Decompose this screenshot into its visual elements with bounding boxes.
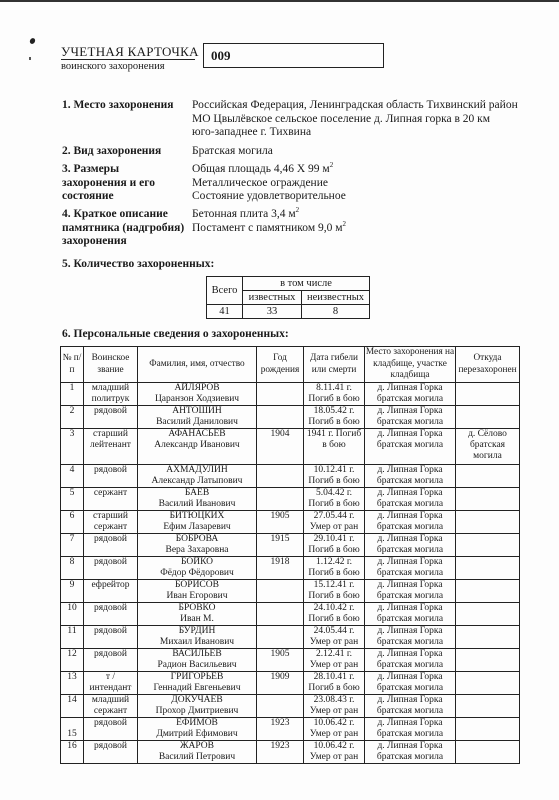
count-table: Всего в том числе известных неизвестных … bbox=[206, 276, 370, 319]
cell-rank: рядовой bbox=[84, 718, 138, 741]
death-date: 2.12.41 г. bbox=[304, 649, 364, 660]
given-name: Радион Васильевич bbox=[138, 660, 256, 671]
cell-burial-place: д. Липная Горкабратская могила bbox=[365, 557, 456, 580]
cell-burial-place: д. Липная Горкабратская могила bbox=[365, 465, 456, 488]
burial-village: д. Липная Горка bbox=[365, 718, 455, 729]
burial-village: д. Липная Горка bbox=[365, 672, 455, 683]
cell-burial-place: д. Липная Горкабратская могила bbox=[365, 741, 456, 764]
col-header-burial-place: Место захоронения на кладбище, участке к… bbox=[365, 347, 456, 383]
count-known-header: известных bbox=[243, 291, 302, 305]
cell-birth-year bbox=[257, 626, 304, 649]
cell-burial-place: д. Липная Горкабратская могила bbox=[365, 534, 456, 557]
cell-rank: ефрейтор bbox=[84, 580, 138, 603]
surname: ВАСИЛЬЕВ bbox=[138, 649, 256, 660]
cell-fullname: ЕФИМОВДмитрий Ефимович bbox=[138, 718, 257, 741]
cell-reburied-from bbox=[456, 741, 520, 764]
cell-birth-year: 1923 bbox=[257, 741, 304, 764]
surname: БОРИСОВ bbox=[138, 580, 256, 591]
cell-reburied-from bbox=[456, 488, 520, 511]
cell-birth-year: 1909 bbox=[257, 672, 304, 695]
row-number: 2 bbox=[70, 406, 75, 416]
birth-year: 1909 bbox=[271, 672, 290, 682]
cell-number: 7 bbox=[61, 534, 84, 557]
given-name: Дмитрий Ефимович bbox=[138, 729, 256, 740]
table-row: 8рядовойБОЙКОФёдор Фёдорович19181.12.42 … bbox=[61, 557, 520, 580]
table-row: 2рядовойАНТОШИНВасилий Данилович18.05.42… bbox=[61, 406, 520, 429]
section-persons-label: 6. Персональные сведения о захороненных: bbox=[62, 328, 289, 340]
row-number: 11 bbox=[67, 626, 76, 636]
cell-burial-place: д. Липная Горкабратская могила bbox=[365, 406, 456, 429]
death-date: 10.06.42 г. bbox=[304, 718, 364, 729]
cell-death: 10.06.42 г.Умер от ран bbox=[304, 718, 365, 741]
death-cause: Погиб в бою bbox=[304, 683, 364, 694]
cell-reburied-from bbox=[456, 626, 520, 649]
table-row: 11рядовойБУРДИНМихаил Иванович24.05.44 г… bbox=[61, 626, 520, 649]
burial-grave: братская могила bbox=[365, 417, 455, 428]
given-name: Иван Егорович bbox=[138, 591, 256, 602]
given-name: Вера Захаровна bbox=[138, 545, 256, 556]
cell-death: 23.08.43 г.Умер от ран bbox=[304, 695, 365, 718]
place-line: Российская Федерация, Ленинградская обла… bbox=[192, 99, 522, 113]
cell-death: 1941 г. Погибв бою bbox=[304, 429, 365, 465]
cell-reburied-from bbox=[456, 672, 520, 695]
surname: БАЕВ bbox=[138, 488, 256, 499]
cell-burial-place: д. Липная Горкабратская могила bbox=[365, 383, 456, 406]
table-row: 15рядовойЕФИМОВДмитрий Ефимович192310.06… bbox=[61, 718, 520, 741]
cell-death: 27.05.44 г.Умер от ран bbox=[304, 511, 365, 534]
row-number: 1 bbox=[70, 383, 75, 393]
death-cause: Погиб в бою bbox=[304, 568, 364, 579]
cell-fullname: БОРИСОВИван Егорович bbox=[138, 580, 257, 603]
cell-number: 5 bbox=[61, 488, 84, 511]
cell-rank: т / интендант bbox=[84, 672, 138, 695]
area-line: Общая площадь 4,46 Х 99 м2 bbox=[192, 163, 522, 177]
given-name: Александр Иванович bbox=[138, 440, 256, 451]
cell-burial-place: д. Липная Горкабратская могила bbox=[365, 488, 456, 511]
place-line: юго-западнее г. Тихвина bbox=[192, 126, 522, 140]
row-number: 10 bbox=[67, 603, 77, 613]
cell-death: 24.05.44 г.Умер от ран bbox=[304, 626, 365, 649]
col-header-rank: Воинское звание bbox=[84, 347, 138, 383]
cell-fullname: БАЕВВасилий Иванович bbox=[138, 488, 257, 511]
cell-burial-place: д. Липная Горкабратская могила bbox=[365, 429, 456, 465]
cell-number: 13 bbox=[61, 672, 84, 695]
cell-birth-year bbox=[257, 695, 304, 718]
section-label: 2. Вид захоронения bbox=[62, 145, 192, 159]
cell-birth-year: 1905 bbox=[257, 649, 304, 672]
cell-number: 12 bbox=[61, 649, 84, 672]
section-value: Братская могила bbox=[192, 145, 522, 159]
death-cause: Погиб в бою bbox=[304, 614, 364, 625]
rank: сержант bbox=[94, 488, 127, 498]
burial-grave: братская могила bbox=[365, 660, 455, 671]
cell-number: 16 bbox=[61, 741, 84, 764]
cell-rank: рядовой bbox=[84, 465, 138, 488]
cell-number: 8 bbox=[61, 557, 84, 580]
card-subtitle: воинского захоронения bbox=[61, 61, 165, 72]
cell-reburied-from bbox=[456, 603, 520, 626]
cell-fullname: ВАСИЛЬЕВРадион Васильевич bbox=[138, 649, 257, 672]
given-name: Александр Латыпович bbox=[138, 476, 256, 487]
rank: младший политрук bbox=[92, 383, 130, 404]
burial-village: д. Липная Горка bbox=[365, 557, 455, 568]
cell-reburied-from bbox=[456, 718, 520, 741]
cell-fullname: БИТЮЦКИХЕфим Лазаревич bbox=[138, 511, 257, 534]
slab-line: Бетонная плита 3,4 м2 bbox=[192, 208, 522, 222]
cell-death: 8.11.41 г.Погиб в бою bbox=[304, 383, 365, 406]
burial-village: д. Липная Горка bbox=[365, 511, 455, 522]
table-row: 10рядовойБРОВКОИван М.24.10.42 г.Погиб в… bbox=[61, 603, 520, 626]
label-line: состояние bbox=[62, 190, 192, 204]
cell-number: 9 bbox=[61, 580, 84, 603]
birth-year: 1923 bbox=[271, 718, 290, 728]
rank: рядовой bbox=[94, 741, 127, 751]
cell-birth-year bbox=[257, 580, 304, 603]
row-number: 13 bbox=[67, 672, 77, 682]
table-row: 1младший политрукАЙЛЯРОВЦаранзон Ходзиев… bbox=[61, 383, 520, 406]
cell-number: 15 bbox=[61, 718, 84, 741]
cell-rank: рядовой bbox=[84, 626, 138, 649]
section-label: 1. Место захоронения bbox=[62, 99, 192, 113]
surname: АФАНАСЬЕВ bbox=[138, 429, 256, 440]
row-number: 7 bbox=[70, 534, 75, 544]
rank: младший сержант bbox=[92, 695, 129, 716]
count-unknown-header: неизвестных bbox=[302, 291, 370, 305]
burial-grave: братская могила bbox=[365, 752, 455, 763]
death-cause: Погиб в бою bbox=[304, 394, 364, 405]
death-cause: Погиб в бою bbox=[304, 417, 364, 428]
cell-birth-year bbox=[257, 603, 304, 626]
row-number: 6 bbox=[70, 511, 75, 521]
row-number: 9 bbox=[70, 580, 75, 590]
cell-reburied-from bbox=[456, 557, 520, 580]
count-unknown: 8 bbox=[302, 305, 370, 319]
cell-birth-year bbox=[257, 406, 304, 429]
cell-birth-year: 1918 bbox=[257, 557, 304, 580]
cell-burial-place: д. Липная Горкабратская могила bbox=[365, 603, 456, 626]
cell-fullname: БОБРОВАВера Захаровна bbox=[138, 534, 257, 557]
cell-number: 14 bbox=[61, 695, 84, 718]
cell-number: 1 bbox=[61, 383, 84, 406]
state-line: Состояние удовлетворительное bbox=[192, 190, 522, 204]
cell-death: 1.12.42 г.Погиб в бою bbox=[304, 557, 365, 580]
col-header-fullname: Фамилия, имя, отчество bbox=[138, 347, 257, 383]
scan-edge bbox=[0, 0, 559, 2]
surname: ГРИГОРЬЕВ bbox=[138, 672, 256, 683]
cell-death: 15.12.41 г.Погиб в бою bbox=[304, 580, 365, 603]
section-value: Российская Федерация, Ленинградская обла… bbox=[192, 99, 522, 140]
cell-death: 18.05.42 г.Погиб в бою bbox=[304, 406, 365, 429]
cell-burial-place: д. Липная Горкабратская могила bbox=[365, 718, 456, 741]
col-header-number: № п/п bbox=[61, 347, 84, 383]
burial-grave: братская могила bbox=[365, 591, 455, 602]
surname: ЕФИМОВ bbox=[138, 718, 256, 729]
count-total: 41 bbox=[207, 305, 243, 319]
cell-death: 5.04.42 г.Погиб в бою bbox=[304, 488, 365, 511]
surname: БОБРОВА bbox=[138, 534, 256, 545]
death-date: 1.12.42 г. bbox=[304, 557, 364, 568]
burial-grave: братская могила bbox=[365, 545, 455, 556]
birth-year: 1905 bbox=[271, 649, 290, 659]
cell-fullname: АФАНАСЬЕВАлександр Иванович bbox=[138, 429, 257, 465]
cell-birth-year: 1904 bbox=[257, 429, 304, 465]
birth-year: 1904 bbox=[271, 429, 290, 439]
place-line: МО Цвылёвское сельское поселение д. Липн… bbox=[192, 113, 522, 127]
death-date: 29.10.41 г. bbox=[304, 534, 364, 545]
surname: ЖАРОВ bbox=[138, 741, 256, 752]
surname: БОЙКО bbox=[138, 557, 256, 568]
birth-year: 1918 bbox=[271, 557, 290, 567]
cell-reburied-from bbox=[456, 580, 520, 603]
row-number: 15 bbox=[67, 729, 77, 739]
col-header-birth-year: Год рождения bbox=[257, 347, 304, 383]
burial-grave: братская могила bbox=[365, 440, 455, 451]
cell-rank: рядовой bbox=[84, 557, 138, 580]
cell-reburied-from bbox=[456, 695, 520, 718]
cell-fullname: ДОКУЧАЕВПрохор Дмитриевич bbox=[138, 695, 257, 718]
burial-village: д. Липная Горка bbox=[365, 695, 455, 706]
surname: БУРДИН bbox=[138, 626, 256, 637]
burial-grave: братская могила bbox=[365, 476, 455, 487]
rank: рядовой bbox=[94, 406, 127, 416]
death-date: 27.05.44 г. bbox=[304, 511, 364, 522]
burial-village: д. Липная Горка bbox=[365, 741, 455, 752]
given-name: Фёдор Фёдорович bbox=[138, 568, 256, 579]
cell-reburied-from bbox=[456, 511, 520, 534]
death-date: 24.10.42 г. bbox=[304, 603, 364, 614]
section-label: 3. Размеры захоронения и его состояние bbox=[62, 163, 192, 204]
row-number: 16 bbox=[67, 741, 77, 751]
cell-number: 11 bbox=[61, 626, 84, 649]
given-name: Царанзон Ходзиевич bbox=[138, 394, 256, 405]
count-known: 33 bbox=[243, 305, 302, 319]
given-name: Геннадий Евгеньевич bbox=[138, 683, 256, 694]
cell-reburied-from: д. Сёлово братская могила bbox=[456, 429, 520, 465]
card-number: 009 bbox=[211, 48, 231, 64]
table-row: 13т / интендантГРИГОРЬЕВГеннадий Евгенье… bbox=[61, 672, 520, 695]
cell-rank: рядовой bbox=[84, 741, 138, 764]
cell-birth-year: 1923 bbox=[257, 718, 304, 741]
section-value: Общая площадь 4,46 Х 99 м2 Металлическое… bbox=[192, 163, 522, 204]
persons-table-body: 1младший политрукАЙЛЯРОВЦаранзон Ходзиев… bbox=[61, 383, 520, 764]
cell-burial-place: д. Липная Горкабратская могила bbox=[365, 580, 456, 603]
cell-birth-year bbox=[257, 383, 304, 406]
cell-burial-place: д. Липная Горкабратская могила bbox=[365, 626, 456, 649]
given-name: Михаил Иванович bbox=[138, 637, 256, 648]
cell-burial-place: д. Липная Горкабратская могила bbox=[365, 511, 456, 534]
death-date: 10.12.41 г. bbox=[304, 465, 364, 476]
cell-burial-place: д. Липная Горкабратская могила bbox=[365, 649, 456, 672]
cell-rank: старший сержант bbox=[84, 511, 138, 534]
death-date: 28.10.41 г. bbox=[304, 672, 364, 683]
given-name: Иван М. bbox=[138, 614, 256, 625]
burial-grave: братская могила bbox=[365, 637, 455, 648]
cell-number: 4 bbox=[61, 465, 84, 488]
table-row: 5сержантБАЕВВасилий Иванович5.04.42 г.По… bbox=[61, 488, 520, 511]
section-value: Бетонная плита 3,4 м2 Постамент с памятн… bbox=[192, 208, 522, 235]
row-number: 5 bbox=[70, 488, 75, 498]
scan-speck bbox=[29, 57, 31, 60]
burial-village: д. Липная Горка bbox=[365, 488, 455, 499]
cell-fullname: АНТОШИНВасилий Данилович bbox=[138, 406, 257, 429]
cell-burial-place: д. Липная Горкабратская могила bbox=[365, 695, 456, 718]
cell-birth-year: 1915 bbox=[257, 534, 304, 557]
burial-grave: братская могила bbox=[365, 706, 455, 717]
cell-number: 6 bbox=[61, 511, 84, 534]
rank: рядовой bbox=[94, 465, 127, 475]
table-row: 3старший лейтенантАФАНАСЬЕВАлександр Ива… bbox=[61, 429, 520, 465]
cell-birth-year: 1905 bbox=[257, 511, 304, 534]
death-cause: в бою bbox=[304, 440, 364, 451]
label-line: 4. Краткое описание bbox=[62, 208, 197, 222]
surname: ДОКУЧАЕВ bbox=[138, 695, 256, 706]
death-date: 10.06.42 г. bbox=[304, 741, 364, 752]
rank: рядовой bbox=[94, 557, 127, 567]
cell-rank: старший лейтенант bbox=[84, 429, 138, 465]
label-line: памятника (надгробия) bbox=[62, 222, 197, 236]
surname: БРОВКО bbox=[138, 603, 256, 614]
cell-rank: младший сержант bbox=[84, 695, 138, 718]
cell-birth-year bbox=[257, 488, 304, 511]
cell-reburied-from bbox=[456, 465, 520, 488]
scan-speck bbox=[29, 37, 36, 45]
cell-fullname: ГРИГОРЬЕВГеннадий Евгеньевич bbox=[138, 672, 257, 695]
surname: АХМАДУЛИН bbox=[138, 465, 256, 476]
table-row: 9ефрейторБОРИСОВИван Егорович15.12.41 г.… bbox=[61, 580, 520, 603]
row-number: 4 bbox=[70, 465, 75, 475]
death-cause: Умер от ран bbox=[304, 706, 364, 717]
cell-fullname: АЙЛЯРОВЦаранзон Ходзиевич bbox=[138, 383, 257, 406]
table-row: 14младший сержантДОКУЧАЕВПрохор Дмитриев… bbox=[61, 695, 520, 718]
death-cause: Погиб в бою bbox=[304, 591, 364, 602]
death-date: 5.04.42 г. bbox=[304, 488, 364, 499]
card-number-box: 009 bbox=[203, 43, 384, 68]
cell-death: 29.10.41 г.Погиб в бою bbox=[304, 534, 365, 557]
death-cause: Погиб в бою bbox=[304, 499, 364, 510]
label-line: захоронения bbox=[62, 235, 197, 249]
death-date: 1941 г. Погиб bbox=[304, 429, 364, 440]
rank: т / интендант bbox=[90, 672, 132, 693]
col-header-reburied-from: Откуда перезахоронен bbox=[456, 347, 520, 383]
table-row: 12рядовойВАСИЛЬЕВРадион Васильевич19052.… bbox=[61, 649, 520, 672]
cell-birth-year bbox=[257, 465, 304, 488]
rank: старший сержант bbox=[93, 511, 128, 532]
rank: рядовой bbox=[94, 718, 127, 728]
cell-death: 10.12.41 г.Погиб в бою bbox=[304, 465, 365, 488]
count-including-header: в том числе bbox=[243, 277, 370, 291]
cell-fullname: БРОВКОИван М. bbox=[138, 603, 257, 626]
given-name: Ефим Лазаревич bbox=[138, 522, 256, 533]
cell-death: 2.12.41 г.Умер от ран bbox=[304, 649, 365, 672]
given-name: Прохор Дмитриевич bbox=[138, 706, 256, 717]
cell-reburied-from bbox=[456, 383, 520, 406]
burial-village: д. Липная Горка bbox=[365, 383, 455, 394]
cell-reburied-from bbox=[456, 406, 520, 429]
surname: АНТОШИН bbox=[138, 406, 256, 417]
burial-village: д. Липная Горка bbox=[365, 649, 455, 660]
section-label: 4. Краткое описание памятника (надгробия… bbox=[62, 208, 197, 249]
rank: ефрейтор bbox=[91, 580, 129, 590]
death-date: 8.11.41 г. bbox=[304, 383, 364, 394]
cell-death: 24.10.42 г.Погиб в бою bbox=[304, 603, 365, 626]
death-cause: Погиб в бою bbox=[304, 476, 364, 487]
persons-table: № п/п Воинское звание Фамилия, имя, отче… bbox=[60, 346, 520, 764]
burial-village: д. Липная Горка bbox=[365, 580, 455, 591]
cell-death: 10.06.42 г.Умер от ран bbox=[304, 741, 365, 764]
count-total-header: Всего bbox=[207, 277, 243, 305]
death-date: 15.12.41 г. bbox=[304, 580, 364, 591]
rank: рядовой bbox=[94, 603, 127, 613]
cell-rank: младший политрук bbox=[84, 383, 138, 406]
table-header-row: № п/п Воинское звание Фамилия, имя, отче… bbox=[61, 347, 520, 383]
cell-fullname: АХМАДУЛИНАлександр Латыпович bbox=[138, 465, 257, 488]
given-name: Василий Данилович bbox=[138, 417, 256, 428]
burial-grave: братская могила bbox=[365, 729, 455, 740]
death-date: 24.05.44 г. bbox=[304, 626, 364, 637]
table-row: 7рядовойБОБРОВАВера Захаровна191529.10.4… bbox=[61, 534, 520, 557]
row-number: 14 bbox=[67, 695, 77, 705]
rank: старший лейтенант bbox=[90, 429, 131, 450]
pedestal-line: Постамент с памятником 9,0 м2 bbox=[192, 222, 522, 236]
burial-grave: братская могила bbox=[365, 394, 455, 405]
cell-reburied-from bbox=[456, 649, 520, 672]
burial-grave: братская могила bbox=[365, 522, 455, 533]
cell-fullname: БОЙКОФёдор Фёдорович bbox=[138, 557, 257, 580]
birth-year: 1905 bbox=[271, 511, 290, 521]
death-cause: Умер от ран bbox=[304, 637, 364, 648]
death-date: 23.08.43 г. bbox=[304, 695, 364, 706]
card-title: УЧЕТНАЯ КАРТОЧКА bbox=[61, 44, 199, 60]
rank: рядовой bbox=[94, 534, 127, 544]
cell-death: 28.10.41 г.Погиб в бою bbox=[304, 672, 365, 695]
cell-rank: рядовой bbox=[84, 534, 138, 557]
burial-village: д. Липная Горка bbox=[365, 429, 455, 440]
burial-grave: братская могила bbox=[365, 499, 455, 510]
col-header-death-date: Дата гибели или смерти bbox=[304, 347, 365, 383]
row-number: 12 bbox=[67, 649, 77, 659]
cell-number: 10 bbox=[61, 603, 84, 626]
rank: рядовой bbox=[94, 649, 127, 659]
death-cause: Умер от ран bbox=[304, 660, 364, 671]
cell-number: 2 bbox=[61, 406, 84, 429]
reburied-from: д. Сёлово братская могила bbox=[468, 429, 507, 461]
label-line: захоронения и его bbox=[62, 177, 192, 191]
cell-fullname: БУРДИНМихаил Иванович bbox=[138, 626, 257, 649]
cell-fullname: ЖАРОВВасилий Петрович bbox=[138, 741, 257, 764]
cell-rank: рядовой bbox=[84, 603, 138, 626]
death-date: 18.05.42 г. bbox=[304, 406, 364, 417]
cell-rank: сержант bbox=[84, 488, 138, 511]
burial-grave: братская могила bbox=[365, 683, 455, 694]
death-cause: Умер от ран bbox=[304, 752, 364, 763]
title-underline bbox=[61, 59, 195, 60]
death-cause: Умер от ран bbox=[304, 729, 364, 740]
section-count-label: 5. Количество захороненных: bbox=[62, 258, 214, 270]
row-number: 3 bbox=[70, 429, 75, 439]
table-row: 16рядовойЖАРОВВасилий Петрович192310.06.… bbox=[61, 741, 520, 764]
burial-grave: братская могила bbox=[365, 568, 455, 579]
burial-village: д. Липная Горка bbox=[365, 603, 455, 614]
row-number: 8 bbox=[70, 557, 75, 567]
table-row: 4рядовойАХМАДУЛИНАлександр Латыпович10.1… bbox=[61, 465, 520, 488]
burial-village: д. Липная Горка bbox=[365, 406, 455, 417]
death-cause: Умер от ран bbox=[304, 522, 364, 533]
given-name: Василий Петрович bbox=[138, 752, 256, 763]
cell-rank: рядовой bbox=[84, 406, 138, 429]
burial-grave: братская могила bbox=[365, 614, 455, 625]
surname: АЙЛЯРОВ bbox=[138, 383, 256, 394]
burial-village: д. Липная Горка bbox=[365, 465, 455, 476]
